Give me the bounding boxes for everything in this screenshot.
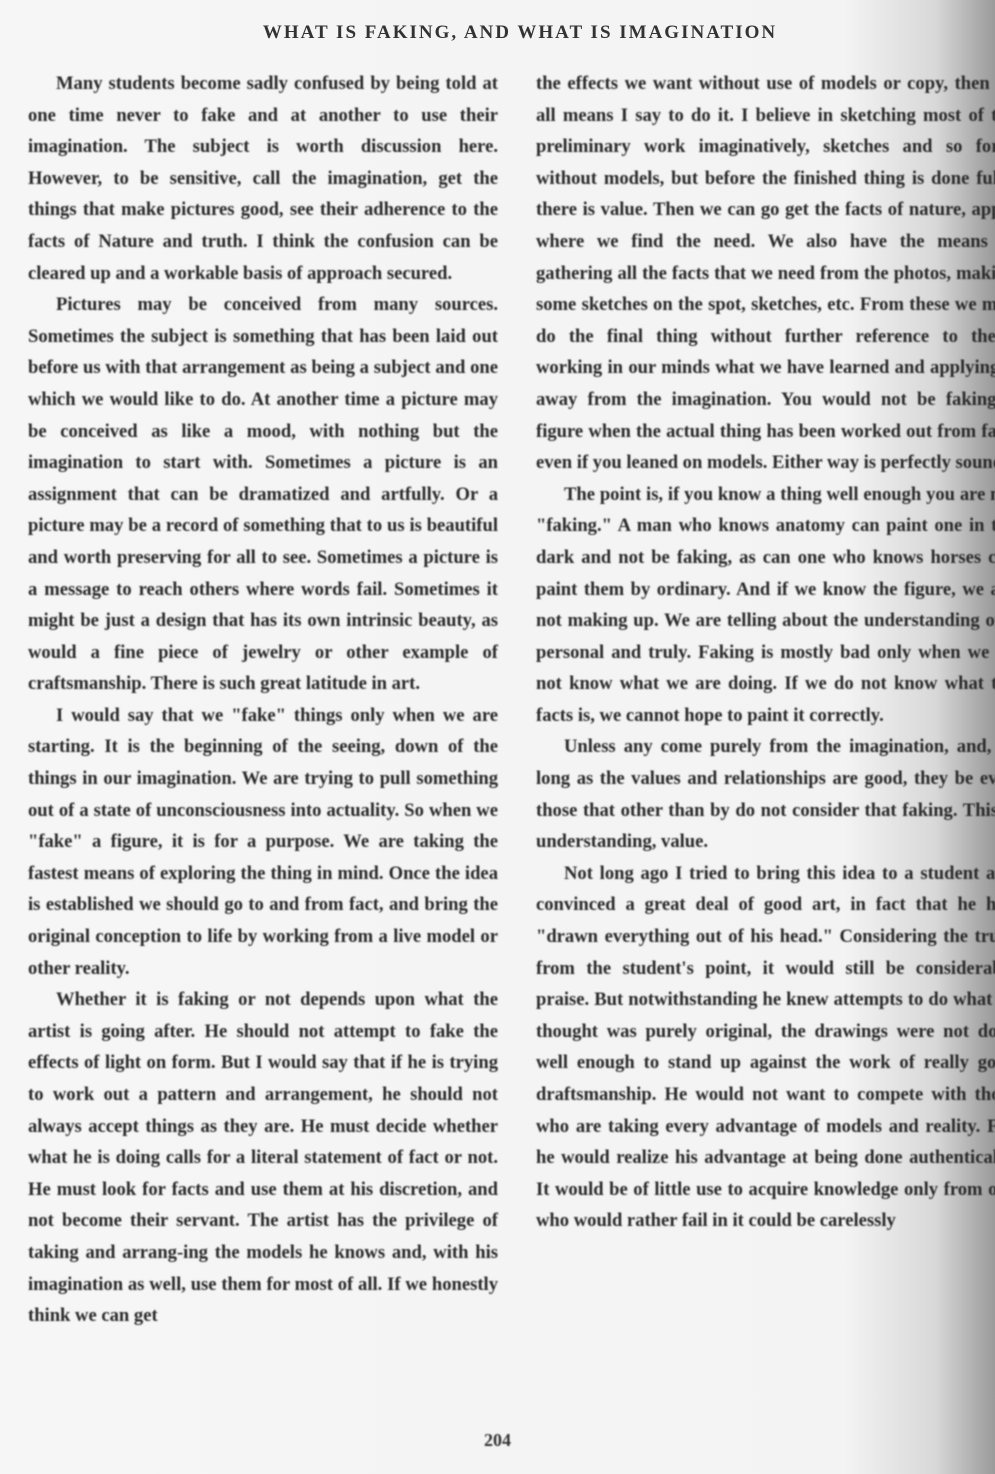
paragraph: I would say that we "fake" things only w… xyxy=(28,700,498,984)
page-number: 204 xyxy=(0,1430,995,1451)
right-column: the effects we want without use of model… xyxy=(536,68,995,1237)
paragraph: Many students become sadly confused by b… xyxy=(28,68,498,289)
book-page: WHAT IS FAKING, AND WHAT IS IMAGINATION … xyxy=(0,0,995,1474)
paragraph: The point is, if you know a thing well e… xyxy=(536,479,995,732)
paragraph: Pictures may be conceived from many sour… xyxy=(28,289,498,700)
left-column: Many students become sadly confused by b… xyxy=(28,68,498,1332)
paragraph: Whether it is faking or not depends upon… xyxy=(28,984,498,1332)
paragraph: Not long ago I tried to bring this idea … xyxy=(536,858,995,1237)
running-head: WHAT IS FAKING, AND WHAT IS IMAGINATION xyxy=(160,22,880,44)
paragraph: Unless any come purely from the imaginat… xyxy=(536,731,995,857)
paragraph: the effects we want without use of model… xyxy=(536,68,995,479)
